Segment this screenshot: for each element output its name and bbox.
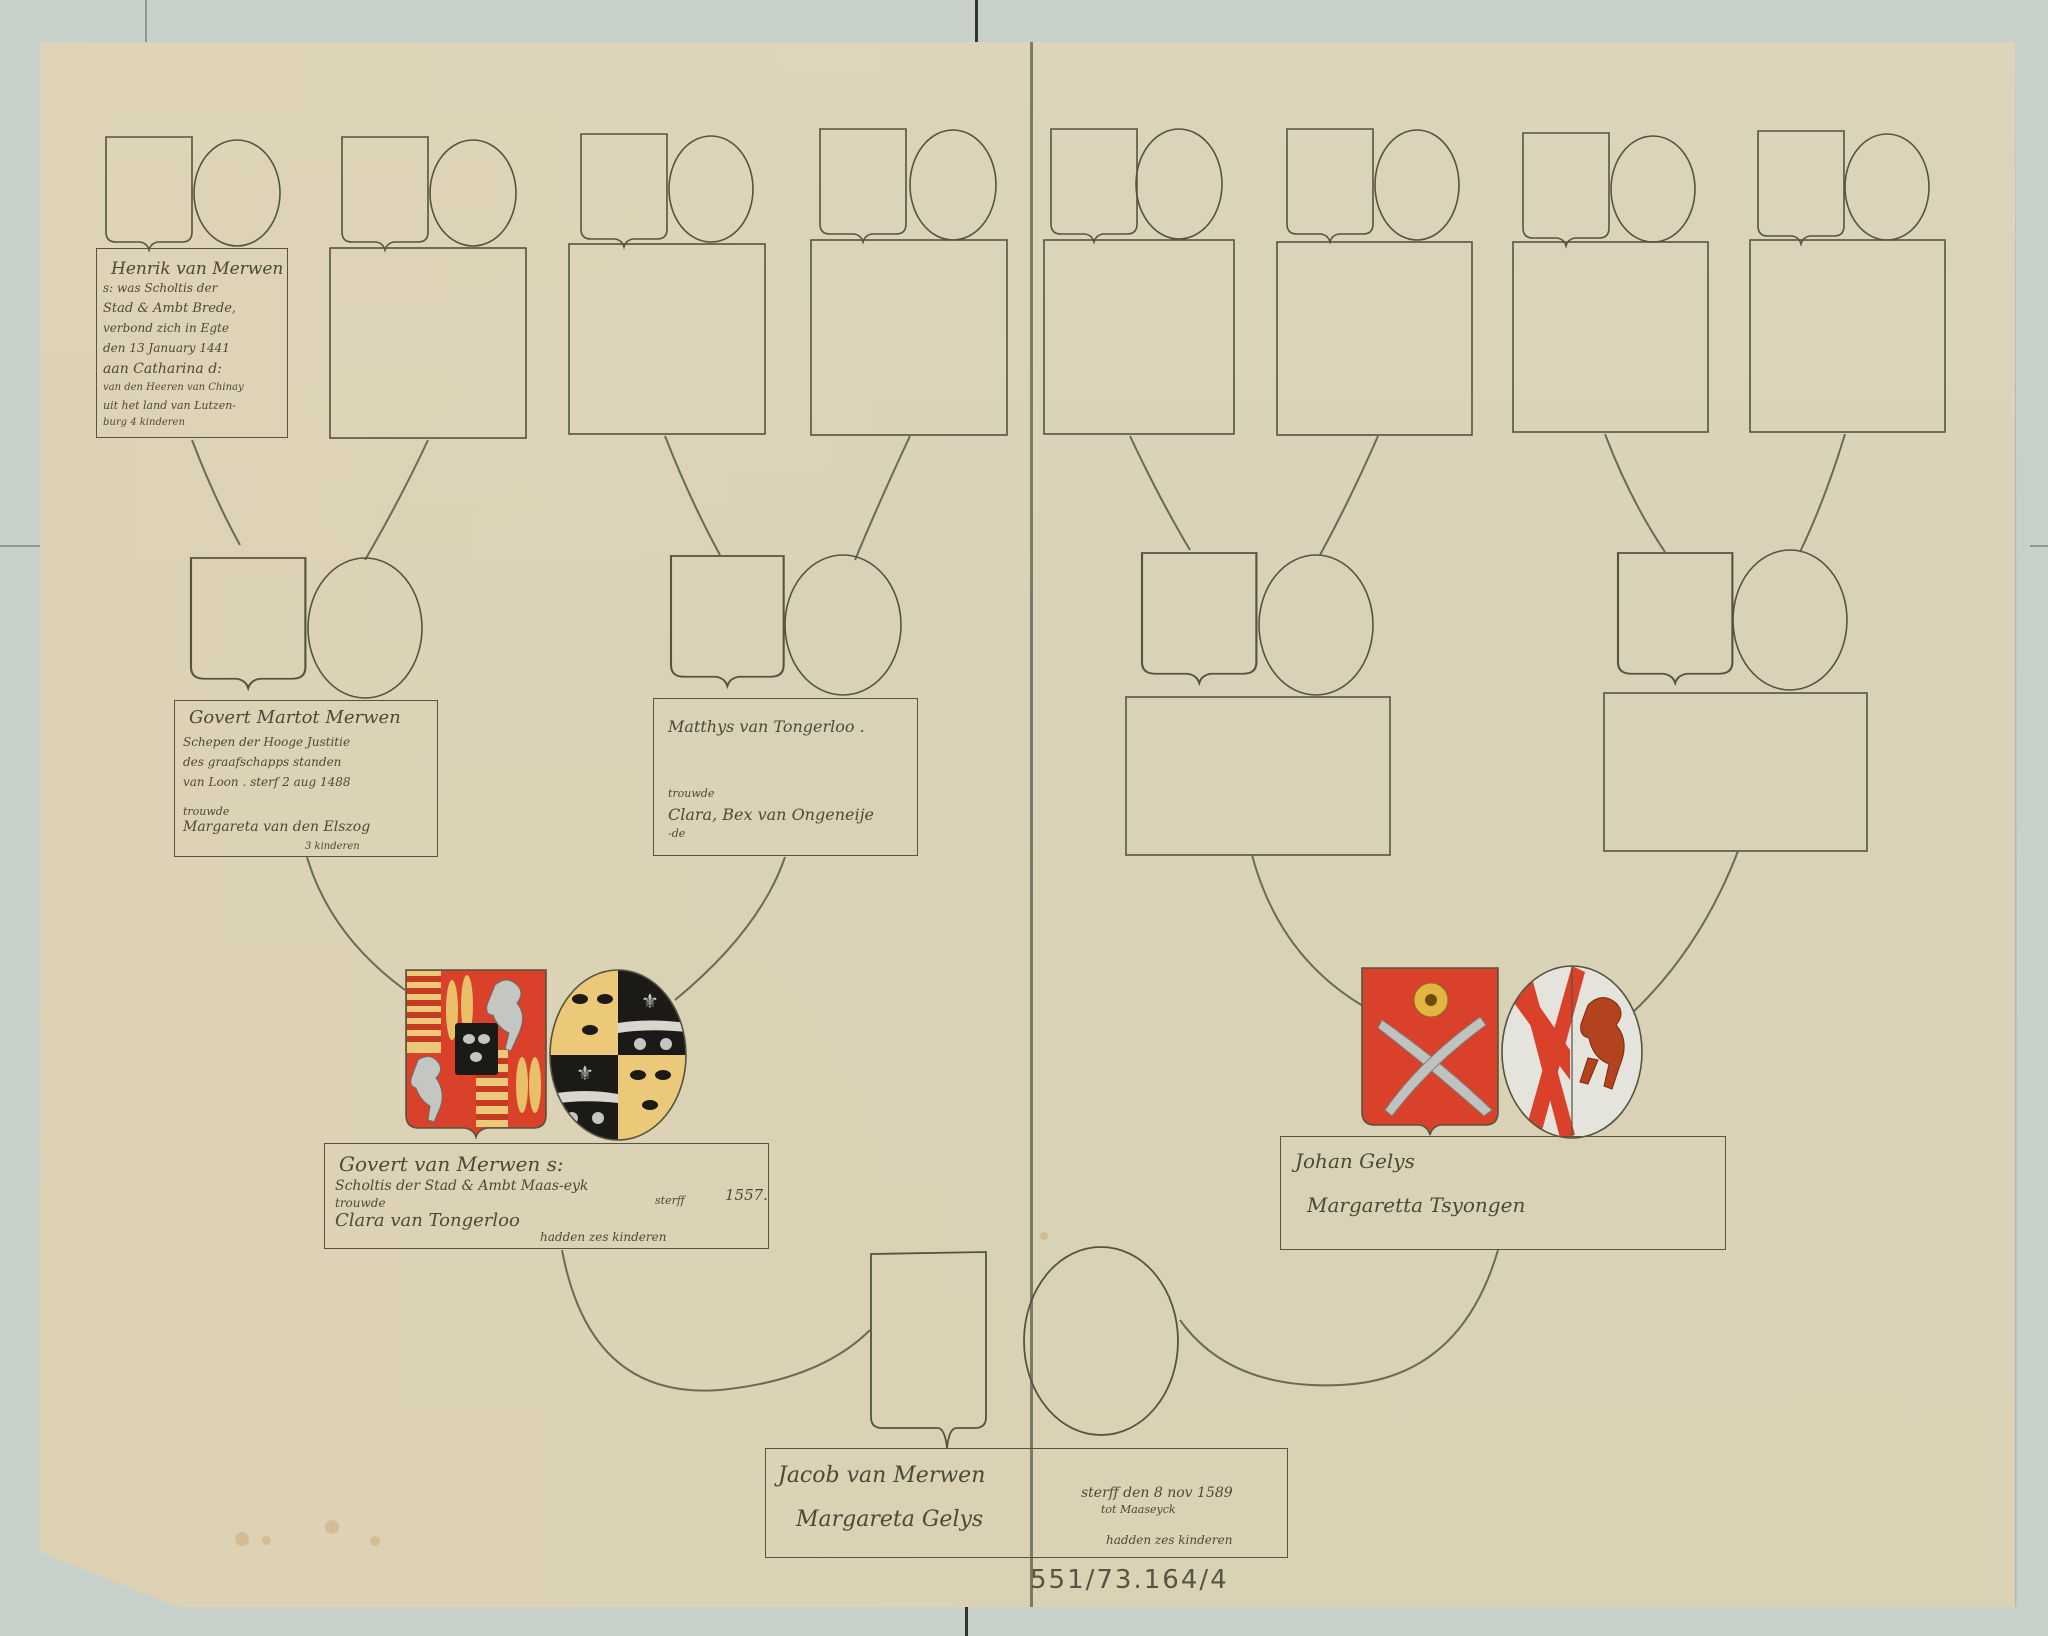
line: Johan Gelys [1295, 1149, 1415, 1173]
line: Scholtis der Stad & Ambt Maas-eyk [335, 1178, 588, 1194]
svg-text:⚜: ⚜ [576, 1061, 594, 1085]
arms-van-tongerloo: ⚜ ⚜ [550, 970, 686, 1140]
gen4-connectors [192, 434, 1845, 560]
line: Clara van Tongerloo [335, 1210, 520, 1231]
line: trouwde [668, 787, 714, 800]
gen2-connectors [562, 1250, 1498, 1391]
line: Schepen der Hooge Justitie [183, 735, 350, 749]
line: Stad & Ambt Brede, [103, 301, 236, 316]
gen3-heraldry [191, 550, 1847, 698]
line: trouwde [335, 1196, 386, 1210]
gen1-box: Jacob van Merwen Margareta Gelys sterff … [765, 1448, 1288, 1558]
line: hadden zes kinderen [540, 1230, 666, 1244]
line: Clara, Bex van Ongeneije [668, 805, 874, 824]
line: -de [668, 827, 685, 840]
gen2-box-1: Govert van Merwen s: Scholtis der Stad &… [324, 1143, 769, 1249]
line: 3 kinderen [305, 841, 360, 852]
gen1-heraldry [871, 1247, 1178, 1448]
gen4-heraldry [106, 129, 1929, 250]
line: van Loon . sterf 2 aug 1488 [183, 775, 351, 789]
line: Jacob van Merwen [778, 1463, 985, 1488]
line: s: was Scholtis der [103, 281, 217, 295]
line: burg 4 kinderen [103, 417, 185, 428]
line: sterff den 8 nov 1589 [1081, 1485, 1233, 1501]
gen4-boxes [330, 240, 1945, 438]
line: van den Heeren van Chinay [103, 382, 244, 393]
arms-gelys [1362, 968, 1498, 1135]
line: trouwde [183, 805, 229, 818]
line: uit het land van Lutzen- [103, 399, 236, 412]
svg-text:⚜: ⚜ [641, 989, 659, 1013]
line: verbond zich in Egte [103, 321, 229, 335]
catalog-number: 551/73.164/4 [1030, 1565, 1229, 1595]
gen3-box-2: Matthys van Tongerloo . trouwde Clara, B… [653, 698, 918, 856]
line: Matthys van Tongerloo . [668, 717, 865, 736]
line: des graafschapps standen [183, 755, 341, 769]
line: Margareta van den Elszog [183, 819, 370, 835]
line: Govert van Merwen s: [339, 1152, 564, 1176]
gen2-box-2: Johan Gelys Margaretta Tsyongen [1280, 1136, 1726, 1250]
gen4-box-1: Henrik van Merwen s: was Scholtis der St… [96, 248, 288, 438]
line: tot Maaseyck [1101, 1503, 1176, 1516]
line: 1557. [725, 1186, 768, 1204]
line: hadden zes kinderen [1106, 1533, 1232, 1547]
gen3-boxes [1126, 693, 1867, 855]
line: Margareta Gelys [796, 1507, 983, 1532]
line: Margaretta Tsyongen [1307, 1193, 1525, 1217]
arms-van-merwen [406, 970, 546, 1137]
line: sterff [655, 1194, 685, 1207]
gen3-box-1: Govert Martot Merwen Schepen der Hooge J… [174, 700, 438, 857]
line: Henrik van Merwen [111, 259, 283, 279]
line: Govert Martot Merwen [189, 707, 401, 728]
arms-tsyongen [1500, 966, 1644, 1138]
line: aan Catharina d: [103, 361, 222, 377]
line: den 13 January 1441 [103, 341, 230, 355]
